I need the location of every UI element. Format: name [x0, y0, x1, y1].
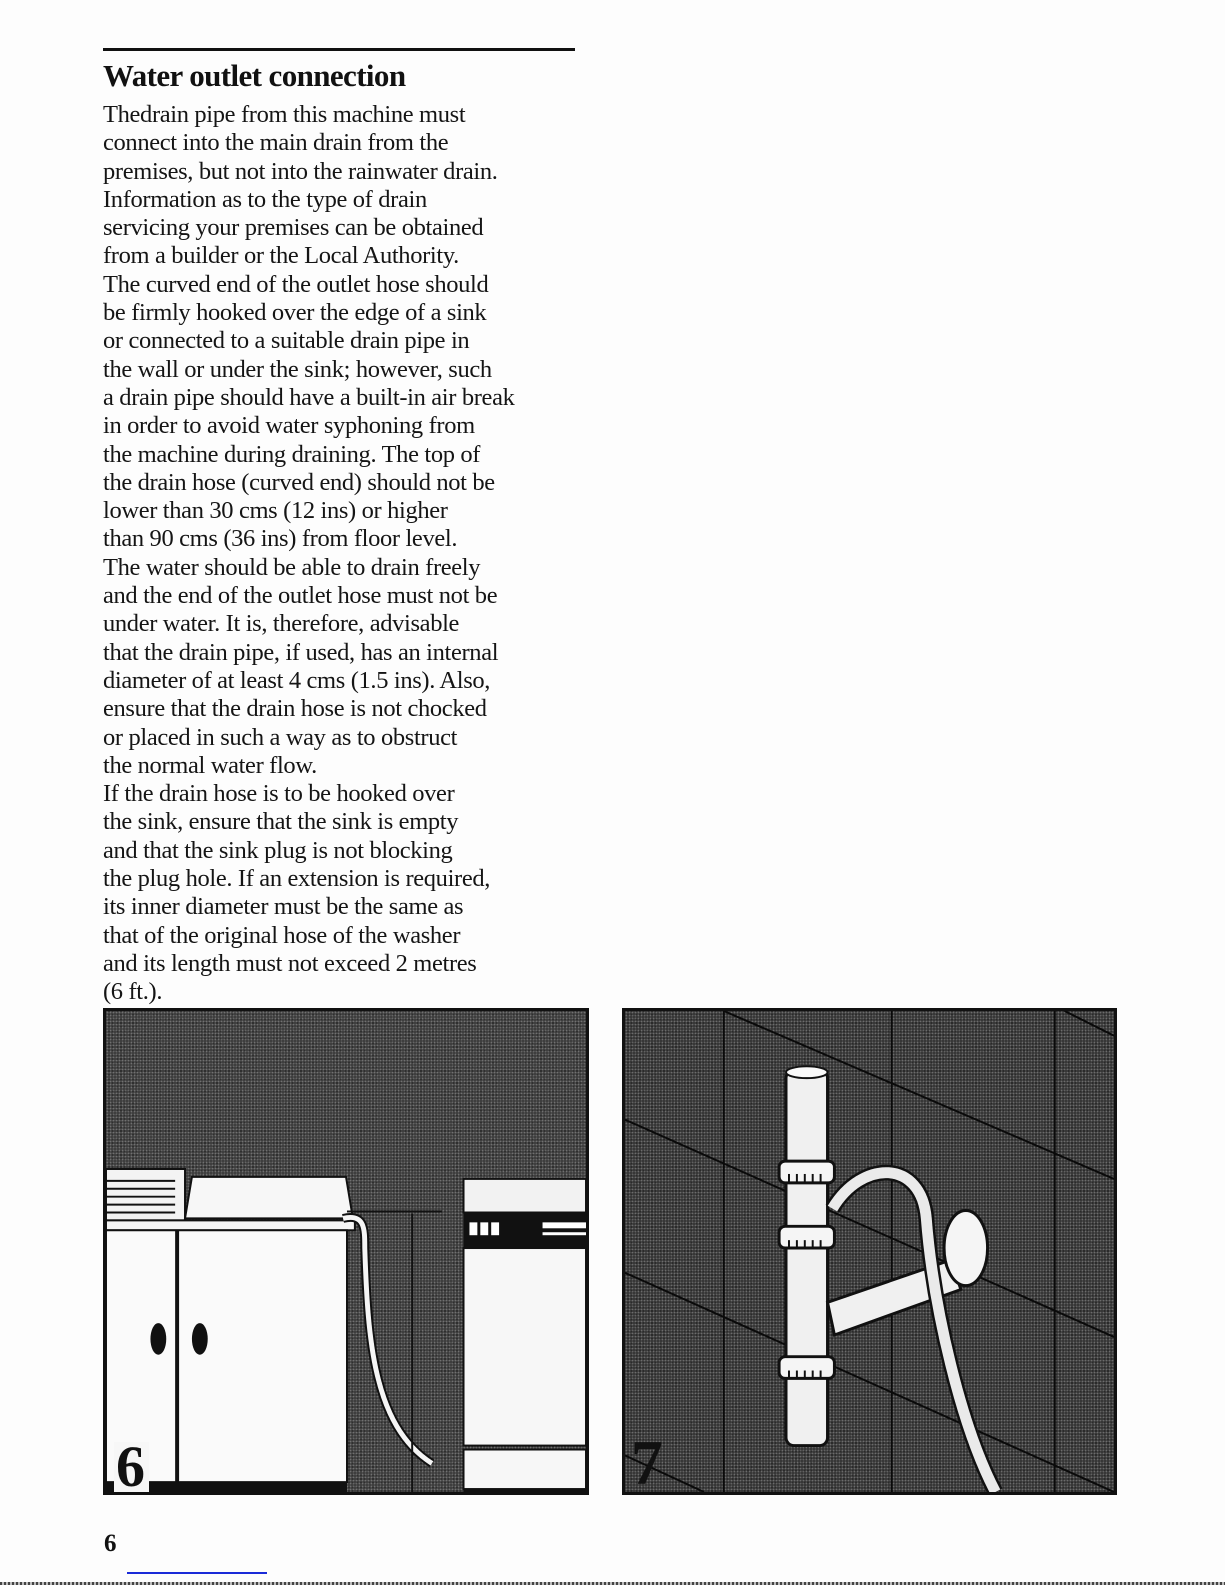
figure-number: 7	[631, 1438, 663, 1488]
body-line: the sink, ensure that the sink is empty	[103, 808, 603, 836]
page-heading: Water outlet connection	[103, 58, 405, 94]
body-line: The water should be able to drain freely	[103, 554, 603, 582]
body-line: Information as to the type of drain	[103, 186, 603, 214]
drain-trap-drawing	[625, 1011, 1114, 1492]
figure-7-drain-pipe-illustration: 7	[622, 1008, 1117, 1495]
body-line: connect into the main drain from the	[103, 129, 603, 157]
body-line: its inner diameter must be the same as	[103, 893, 603, 921]
body-line: ensure that the drain hose is not chocke…	[103, 695, 603, 723]
body-line: premises, but not into the rainwater dra…	[103, 158, 603, 186]
body-line: the plug hole. If an extension is requir…	[103, 865, 603, 893]
page-number: 6	[104, 1530, 117, 1558]
body-line: servicing your premises can be obtained	[103, 214, 603, 242]
body-line: the machine during draining. The top of	[103, 441, 603, 469]
body-line: than 90 cms (36 ins) from floor level.	[103, 525, 603, 553]
body-line: diameter of at least 4 cms (1.5 ins). Al…	[103, 667, 603, 695]
body-line: from a builder or the Local Authority.	[103, 242, 603, 270]
body-text: Thedrain pipe from this machine mustconn…	[103, 101, 603, 1007]
body-line: The curved end of the outlet hose should	[103, 271, 603, 299]
heading-rule	[103, 48, 575, 51]
body-line: under water. It is, therefore, advisable	[103, 610, 603, 638]
link-underline[interactable]	[127, 1572, 267, 1574]
body-line: that the drain pipe, if used, has an int…	[103, 639, 603, 667]
body-line: or connected to a suitable drain pipe in	[103, 327, 603, 355]
body-line: lower than 30 cms (12 ins) or higher	[103, 497, 603, 525]
body-line: the normal water flow.	[103, 752, 603, 780]
figure-6-sink-hose-illustration: 6	[103, 1008, 589, 1495]
body-line: the drain hose (curved end) should not b…	[103, 469, 603, 497]
body-line: or placed in such a way as to obstruct	[103, 724, 603, 752]
body-line: in order to avoid water syphoning from	[103, 412, 603, 440]
body-line: Thedrain pipe from this machine must	[103, 101, 603, 129]
body-line: (6 ft.).	[103, 978, 603, 1006]
sink-and-washer-drawing	[106, 1011, 586, 1492]
body-line: a drain pipe should have a built-in air …	[103, 384, 603, 412]
body-line: and the end of the outlet hose must not …	[103, 582, 603, 610]
body-line: and its length must not exceed 2 metres	[103, 950, 603, 978]
body-line: be firmly hooked over the edge of a sink	[103, 299, 603, 327]
body-line: If the drain hose is to be hooked over	[103, 780, 603, 808]
body-line: and that the sink plug is not blocking	[103, 837, 603, 865]
body-line: the wall or under the sink; however, suc…	[103, 356, 603, 384]
body-line: that of the original hose of the washer	[103, 922, 603, 950]
figure-number: 6	[114, 1442, 149, 1492]
